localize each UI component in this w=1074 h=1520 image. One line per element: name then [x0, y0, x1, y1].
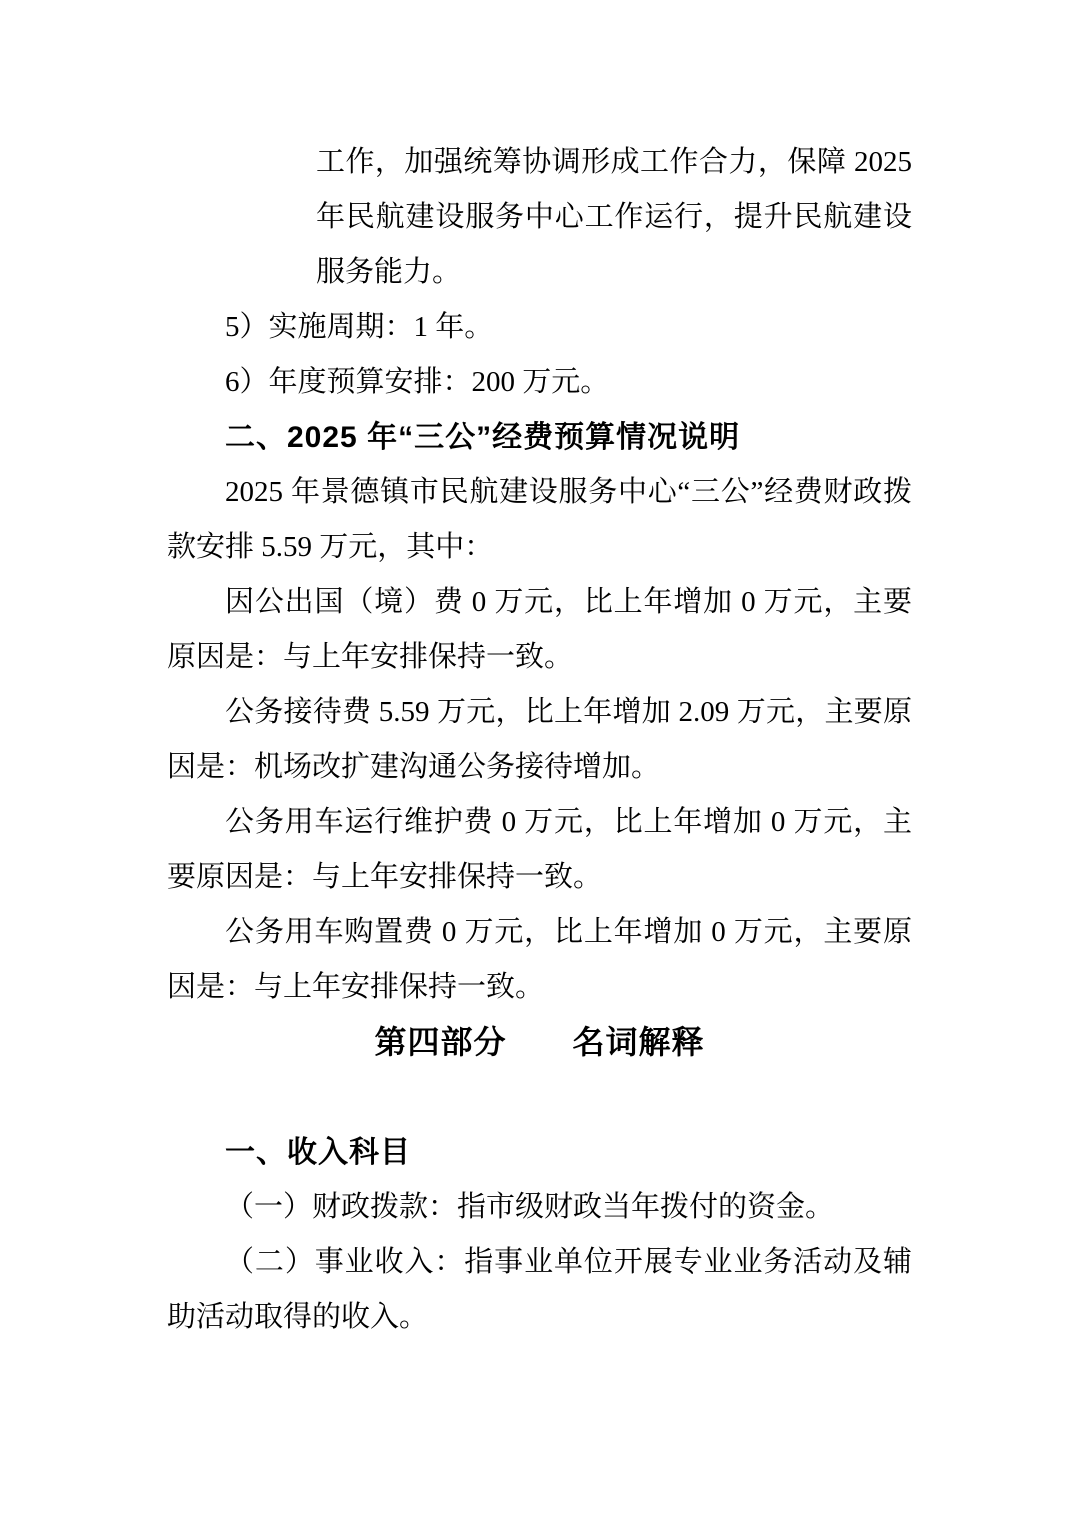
- paragraph-vehicle-purchase-expense: 公务用车购置费 0 万元，比上年增加 0 万元，主要原因是：与上年安排保持一致。: [167, 905, 912, 1015]
- heading-three-public-funds-2025: 二、2025 年“三公”经费预算情况说明: [167, 410, 912, 465]
- paragraph-three-public-funds-total: 2025 年景德镇市民航建设服务中心“三公”经费财政拨款安排 5.59 万元，其…: [167, 465, 912, 575]
- list-item-6-annual-budget: 6）年度预算安排：200 万元。: [167, 355, 912, 410]
- list-item-5-implementation-period: 5）实施周期：1 年。: [167, 300, 912, 355]
- heading-part-four-glossary: 第四部分 名词解释: [167, 1015, 912, 1070]
- blank-line: [167, 1070, 912, 1125]
- paragraph-fiscal-appropriation-definition: （一）财政拨款：指市级财政当年拨付的资金。: [167, 1180, 912, 1235]
- paragraph-official-reception-expense: 公务接待费 5.59 万元，比上年增加 2.09 万元，主要原因是：机场改扩建沟…: [167, 685, 912, 795]
- paragraph-overseas-trip-expense: 因公出国（境）费 0 万元，比上年增加 0 万元，主要原因是：与上年安排保持一致…: [167, 575, 912, 685]
- document-page: 工作，加强统筹协调形成工作合力，保障 2025 年民航建设服务中心工作运行，提升…: [0, 0, 1074, 1520]
- paragraph-institutional-income-definition: （二）事业收入：指事业单位开展专业业务活动及辅助活动取得的收入。: [167, 1235, 912, 1345]
- paragraph-vehicle-operation-expense: 公务用车运行维护费 0 万元，比上年增加 0 万元，主要原因是：与上年安排保持一…: [167, 795, 912, 905]
- paragraph-work-goal-continuation: 工作，加强统筹协调形成工作合力，保障 2025 年民航建设服务中心工作运行，提升…: [316, 135, 912, 300]
- heading-income-categories: 一、收入科目: [167, 1125, 912, 1180]
